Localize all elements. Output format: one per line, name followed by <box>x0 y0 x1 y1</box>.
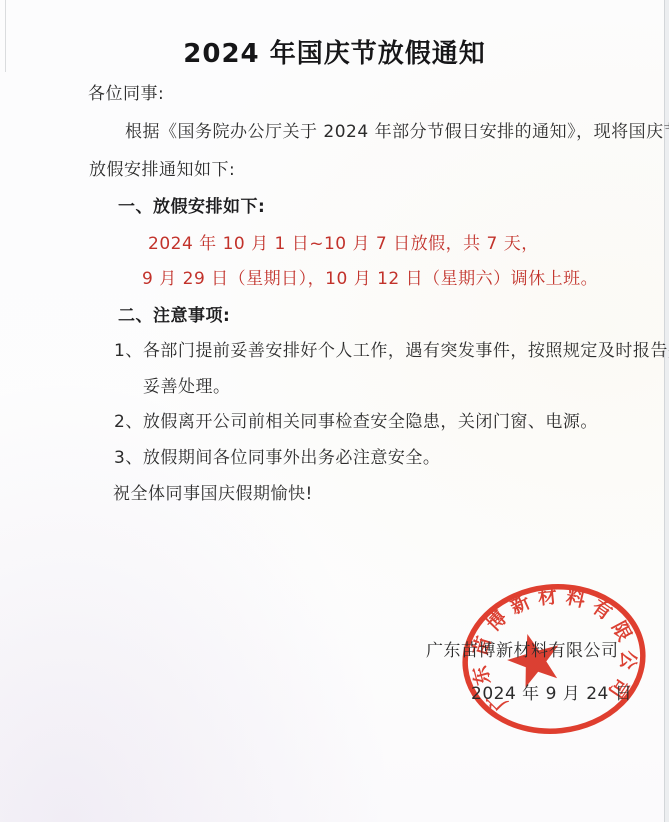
closing-wish: 祝全体同事国庆假期愉快! <box>113 484 313 504</box>
salutation: 各位同事: <box>88 84 164 104</box>
intro-line-2: 放假安排通知如下: <box>89 160 235 180</box>
scanned-notice-page: 广东苗博新材料有限公司 2024 年国庆节放假通知 各位同事: 根据《国务院办公… <box>0 0 669 822</box>
note-1-line-1: 1、各部门提前妥善安排好个人工作，遇有突发事件，按照规定及时报告并 <box>114 341 669 361</box>
section1-heading: 一、放假安排如下: <box>118 197 265 217</box>
makeup-workdays-line: 9 月 29 日（星期日），10 月 12 日（星期六）调休上班。 <box>142 269 598 289</box>
note-3: 3、放假期间各位同事外出务必注意安全。 <box>114 448 440 468</box>
signature-date: 2024 年 9 月 24 日 <box>471 684 632 704</box>
note-2: 2、放假离开公司前相关同事检查安全隐患，关闭门窗、电源。 <box>114 412 598 432</box>
intro-line-1: 根据《国务院办公厅关于 2024 年部分节假日安排的通知》，现将国庆节 <box>125 122 669 142</box>
notice-title: 2024 年国庆节放假通知 <box>0 33 669 70</box>
note-1-line-2: 妥善处理。 <box>143 377 231 397</box>
signature-company: 广东苗博新材料有限公司 <box>426 641 619 661</box>
section2-heading: 二、注意事项: <box>118 306 230 326</box>
holiday-dates-line: 2024 年 10 月 1 日~10 月 7 日放假，共 7 天， <box>148 234 539 254</box>
